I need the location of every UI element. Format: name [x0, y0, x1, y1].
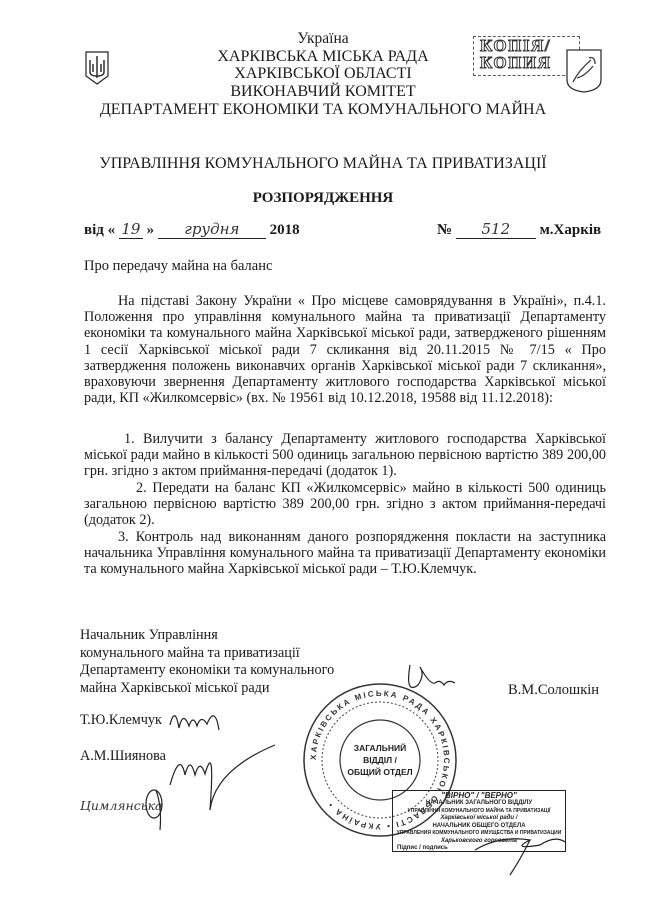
number-value: 512 [456, 220, 536, 239]
document-date: від « 19 » грудня 2018 [84, 220, 300, 239]
document-city: м.Харків [540, 222, 602, 238]
date-day: 19 [119, 220, 143, 239]
header-region: ХАРКІВСЬКОЇ ОБЛАСТІ [0, 65, 646, 82]
item-2: 2. Передати на баланс КП «Жилкомсервіс» … [84, 480, 606, 529]
signature-tsymlianska-icon [142, 782, 172, 832]
date-month: грудня [158, 220, 266, 239]
preamble-paragraph: На підставі Закону України « Про місцеве… [84, 293, 606, 406]
date-prefix: від « [84, 222, 115, 238]
verified-stamp-line: УПРАВЛІННЯ КОМУНАЛЬНОГО МАЙНА ТА ПРИВАТИ… [393, 808, 565, 816]
header-country: Україна [0, 30, 646, 47]
document-number: № 512 м.Харків [437, 220, 601, 239]
header-committee: ВИКОНАВЧИЙ КОМІТЕТ [0, 83, 646, 100]
approver-klemchuk: Т.Ю.Клемчук [80, 712, 162, 729]
item-3: 3. Контроль над виконанням даного розпор… [84, 529, 606, 578]
number-label: № [437, 222, 452, 238]
signature-verifier-icon [470, 820, 570, 880]
document-subject: Про передачу майна на баланс [84, 258, 272, 275]
signer-title: Начальник Управління комунального майна … [80, 627, 334, 697]
approver-shiyanova: А.М.Шиянова [80, 748, 166, 765]
verified-stamp-line: "ВІРНО" / "ВЕРНО" [393, 791, 565, 800]
signer-title-line: комунального майна та приватизації [80, 645, 334, 663]
header-division: УПРАВЛІННЯ КОМУНАЛЬНОГО МАЙНА ТА ПРИВАТИ… [0, 155, 646, 172]
document-type: РОЗПОРЯДЖЕННЯ [0, 190, 646, 207]
date-mid: » [147, 222, 155, 238]
signer-title-line: майна Харківської міської ради [80, 680, 334, 698]
date-year: 2018 [270, 222, 300, 238]
header-council: ХАРКІВСЬКА МІСЬКА РАДА [0, 48, 646, 65]
signature-shiyanova-icon [160, 730, 280, 820]
signer-title-line: Начальник Управління [80, 627, 334, 645]
round-seal-center-line: ЗАГАЛЬНИЙ [340, 742, 420, 754]
signer-title-line: Департаменту економіки та комунального [80, 662, 334, 680]
item-1: 1. Вилучити з балансу Департаменту житло… [84, 431, 606, 480]
verified-stamp-line: НАЧАЛЬНИК ЗАГАЛЬНОГО ВІДДІЛУ [393, 800, 565, 808]
round-seal-center-line: ОБЩИЙ ОТДЕЛ [340, 766, 420, 778]
header-department: ДЕПАРТАМЕНТ ЕКОНОМІКИ ТА КОМУНАЛЬНОГО МА… [0, 101, 646, 118]
round-seal-center-line: ВІДДІЛ / [340, 754, 420, 766]
signer-name: В.М.Солошкін [508, 682, 599, 699]
